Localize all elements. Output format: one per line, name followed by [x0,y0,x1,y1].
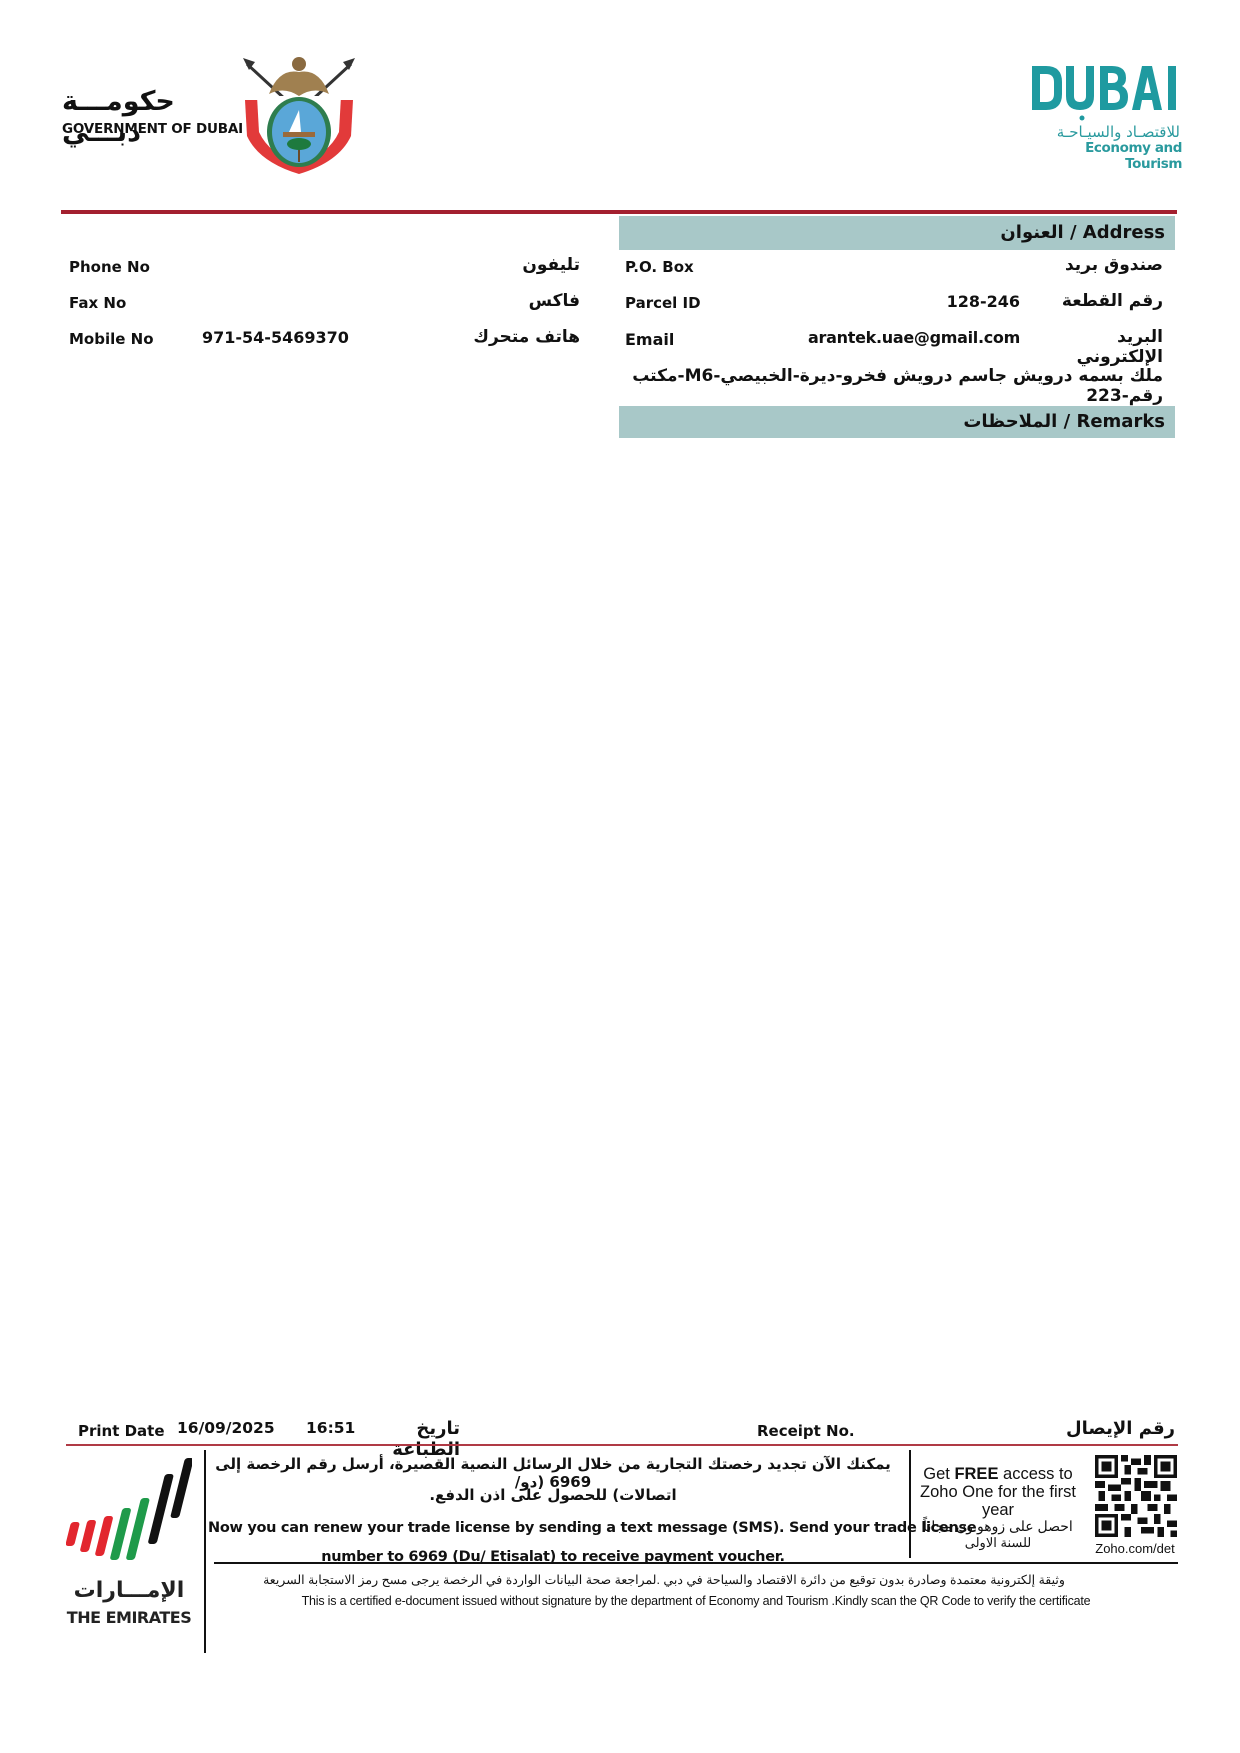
notice-divider [214,1562,1178,1564]
the-emirates-title: THE EMIRATES [66,1608,192,1627]
certification-notice-en: This is a certified e-document issued wi… [214,1594,1178,1608]
remarks-section-header: الملاحظات / Remarks [619,406,1175,438]
dubai-emblem-icon [238,50,360,175]
zoho-promo-ar-line2: للسنة الاولى [912,1535,1084,1551]
parcel-id-value: 128-246 [900,292,1020,311]
zoho-divider [909,1450,911,1558]
receipt-number-label: Receipt No. [757,1422,855,1440]
print-date-value: 16/09/2025 [177,1419,275,1437]
receipt-number-label-ar: رقم الإيصال [1060,1418,1175,1439]
full-address: ملك بسمه درويش جاسم درويش فخرو-ديرة-الخب… [620,366,1163,406]
government-of-dubai-arabic: حكومـــة دبـــي [62,86,232,148]
the-emirates-arabic: الإمـــارات [66,1578,192,1603]
fax-label-ar: فاكس [430,291,580,311]
mobile-label-ar: هاتف متحرك [430,327,580,347]
zoho-promo-pre: Get [923,1465,954,1483]
zoho-promo-free: FREE [954,1465,998,1483]
the-emirates-logo-icon [66,1454,192,1574]
certification-notice-ar: وثيقة إلكترونية معتمدة وصادرة بدون توقيع… [214,1572,1114,1587]
po-box-label: P.O. Box [625,258,694,276]
sms-renewal-notice-en-line1: Now you can renew your trade license by … [208,1520,908,1536]
parcel-id-label-ar: رقم القطعة [1040,291,1163,311]
phone-label: Phone No [69,258,150,276]
dubai-det-logo [1030,62,1180,122]
det-arabic-name: للاقتصـاد والسيـاحـة [1030,123,1180,141]
print-date-label: Print Date [78,1422,165,1440]
footer-divider [66,1444,1178,1446]
email-label: Email [625,330,674,349]
mobile-value: 971-54-5469370 [202,328,349,347]
government-of-dubai-title: GOVERNMENT OF DUBAI [62,121,243,137]
email-value: arantek.uae@gmail.com [760,328,1020,347]
det-english-name: Economy and Tourism [1030,140,1182,172]
email-label-ar: البريد الإلكتروني [1030,327,1163,367]
po-box-label-ar: صندوق بريد [1000,255,1163,275]
parcel-id-label: Parcel ID [625,294,701,312]
print-date-label-ar: تاريخ الطباعة [360,1418,460,1460]
zoho-promo-ar-line1: احصل على زوهو ون مجاناً [912,1518,1084,1535]
zoho-promo-text: Get FREE access to Zoho One for the firs… [912,1465,1084,1519]
qr-code-icon[interactable] [1095,1455,1177,1537]
phone-label-ar: تليفون [430,255,580,275]
address-section-header: العنوان / Address [619,216,1175,250]
fax-label: Fax No [69,294,126,312]
print-time-value: 16:51 [306,1419,355,1437]
header-divider [61,210,1177,214]
mobile-label: Mobile No [69,330,154,348]
sms-renewal-notice-en-line2: number to 6969 (Du/ Etisalat) to receive… [208,1549,898,1563]
footer-vertical-divider [204,1450,206,1653]
sms-renewal-notice-ar-line2: اتصالات) للحصول على اذن الدفع. [208,1486,898,1504]
qr-caption: Zoho.com/det [1085,1541,1185,1556]
